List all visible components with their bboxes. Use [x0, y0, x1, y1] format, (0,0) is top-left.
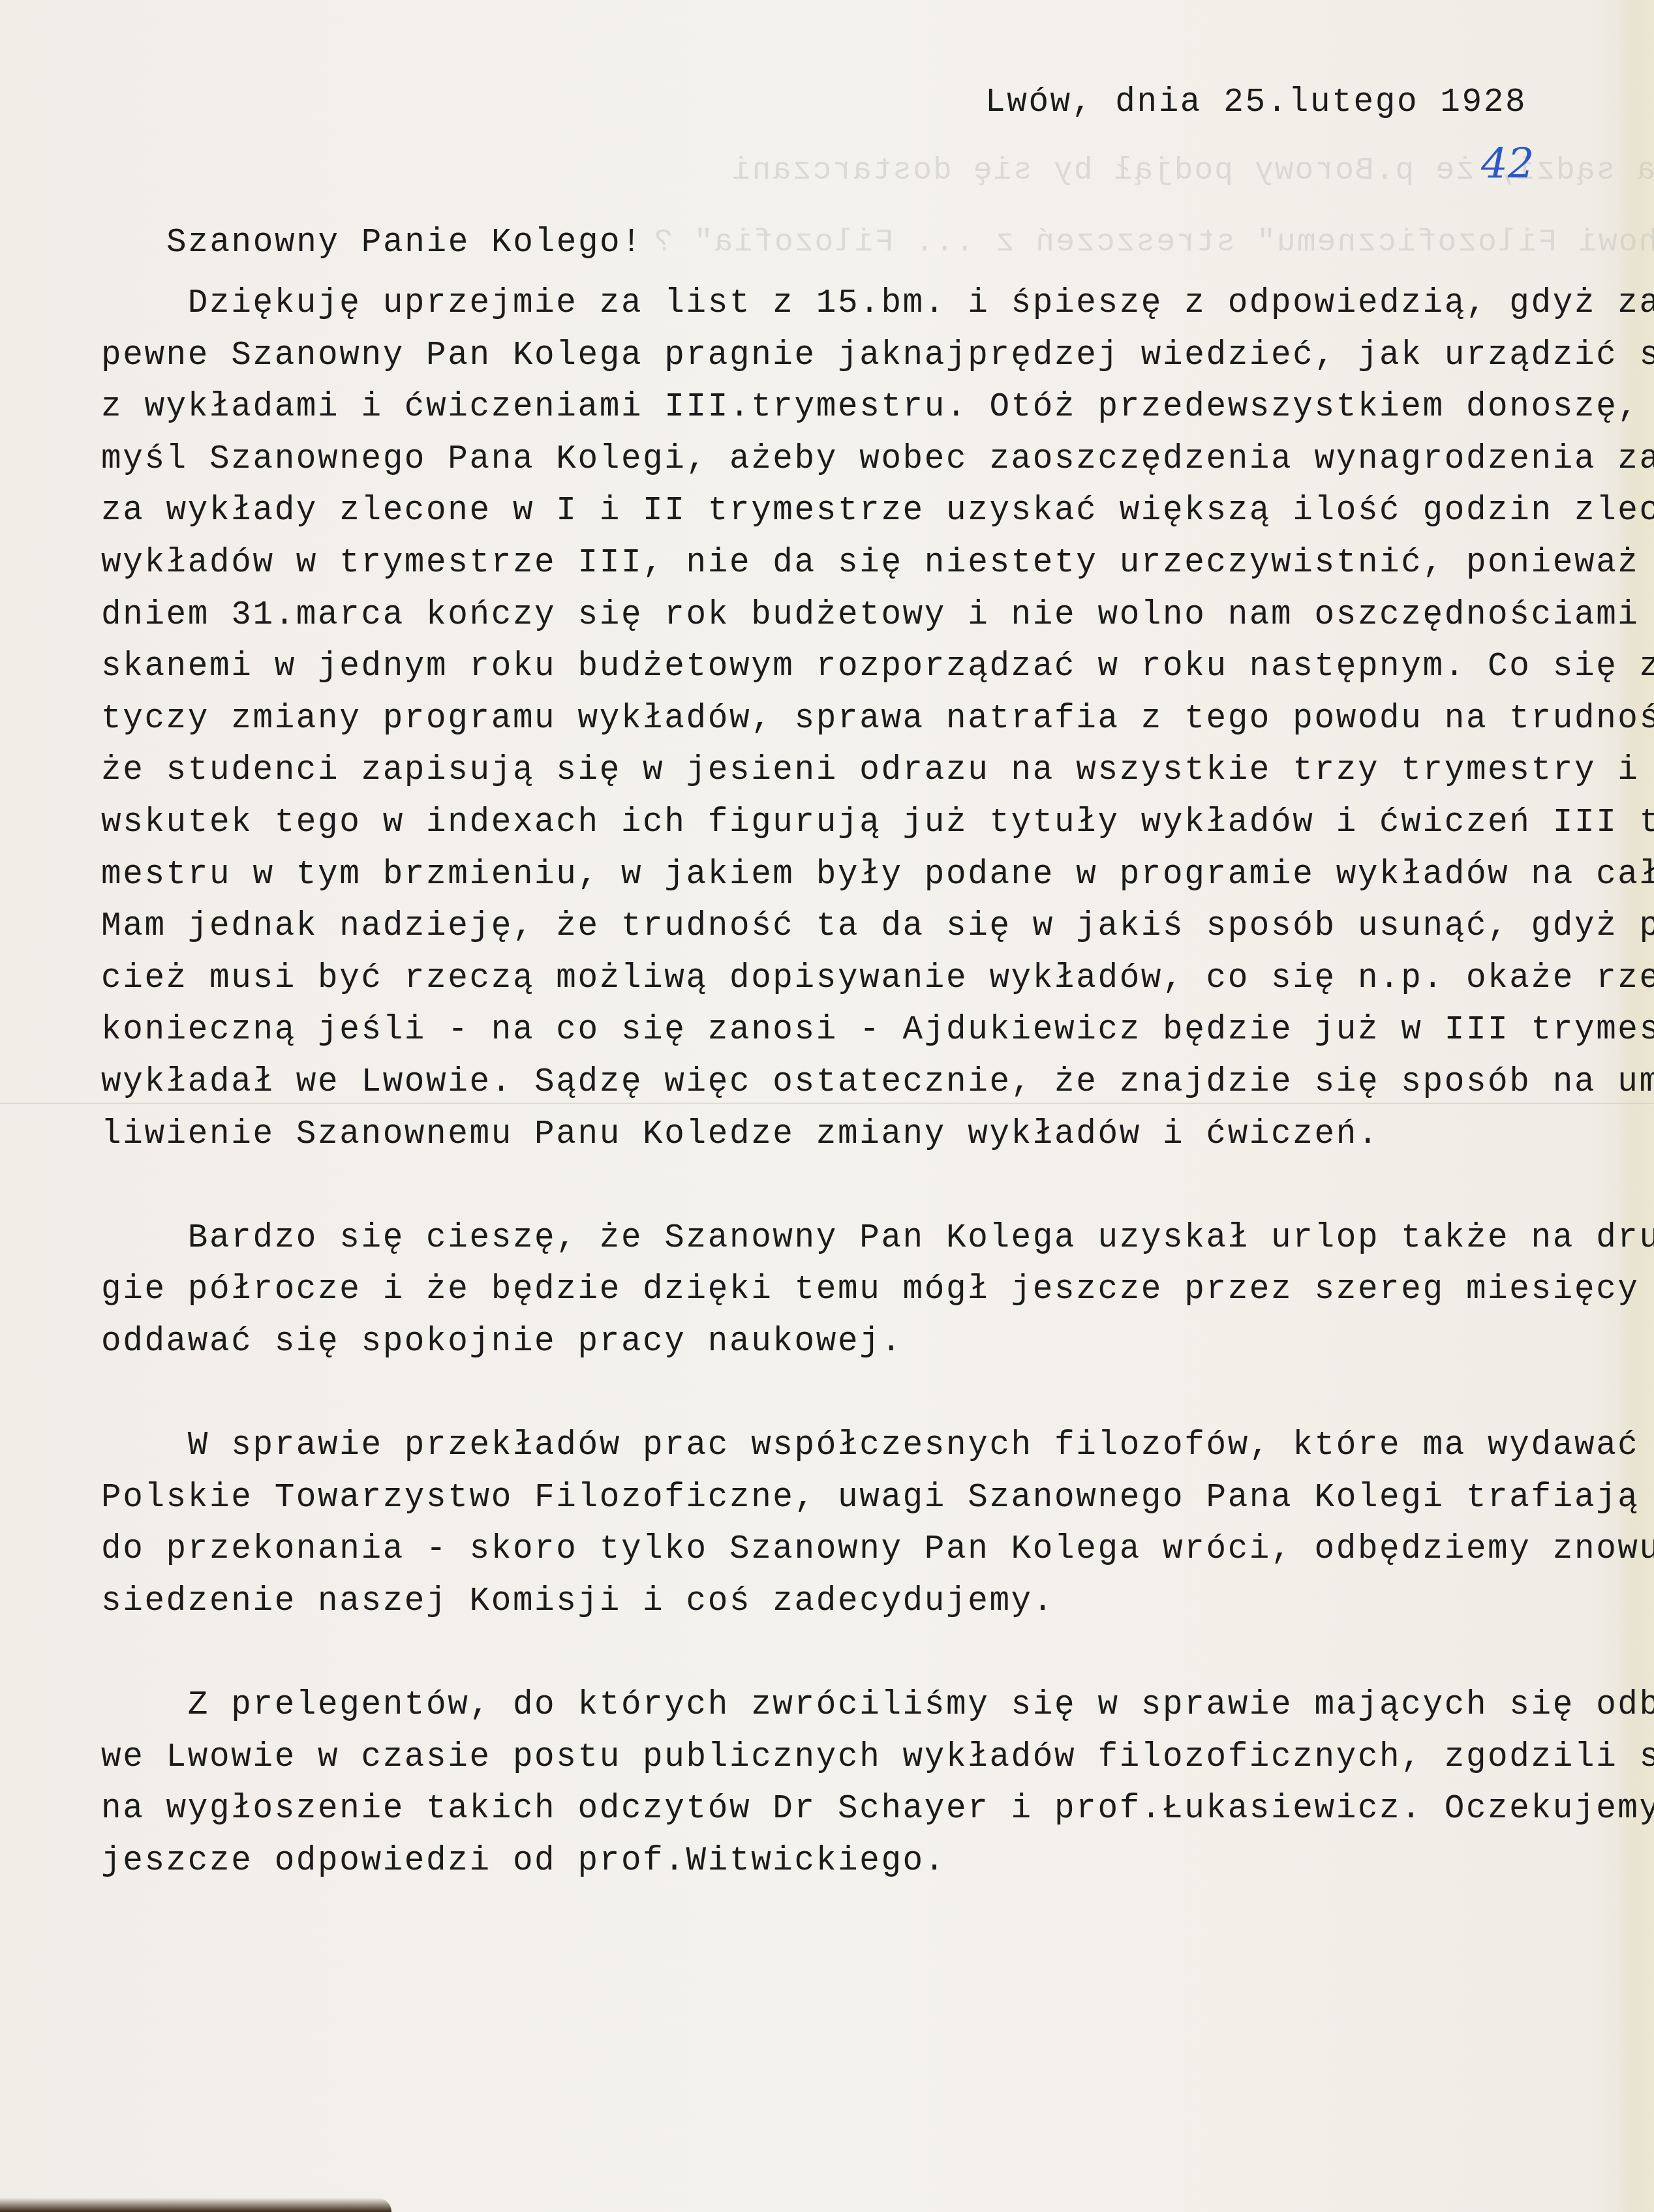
letter-line: Z prelegentów, do których zwróciliśmy si… [101, 1686, 1654, 1725]
letter-line: konieczną jeśli - na co się zanosi - Ajd… [101, 1011, 1654, 1050]
letter-line: W sprawie przekładów prac współczesnych … [101, 1427, 1640, 1466]
letter-line: na wygłoszenie takich odczytów Dr Schaye… [101, 1790, 1654, 1829]
letter-line: Mam jednak nadzieję, że trudność ta da s… [101, 907, 1654, 947]
bleed-through-line: "Ruchowi Filozoficznemu" streszczeń z ..… [652, 225, 1654, 260]
letter-line: z wykładami i ćwiczeniami III.trymestru.… [101, 388, 1654, 427]
letter-line: dniem 31.marca kończy się rok budżetowy … [101, 596, 1654, 635]
letter-line: Polskie Towarzystwo Filozoficzne, uwagi … [101, 1479, 1654, 1518]
letter-line: oddawać się spokojnie pracy naukowej. [101, 1323, 903, 1362]
letter-line: mestru w tym brzmieniu, w jakiem były po… [101, 856, 1654, 895]
letter-line: wykładał we Lwowie. Sądzę więc ostateczn… [101, 1063, 1654, 1102]
letter-line: skanemi w jednym roku budżetowym rozporz… [101, 648, 1654, 687]
paper-fold [0, 1102, 1654, 1104]
letter-line: że studenci zapisują się w jesieni odraz… [101, 751, 1654, 791]
paper-edge [1615, 0, 1654, 2212]
letter-line: we Lwowie w czasie postu publicznych wyk… [101, 1738, 1654, 1778]
letter-line: do przekonania - skoro tylko Szanowny Pa… [101, 1530, 1654, 1569]
letter-line: cież musi być rzeczą możliwą dopisywanie… [101, 960, 1654, 999]
letter-line: siedzenie naszej Komisji i coś zadecyduj… [101, 1583, 1054, 1622]
letter-line: gie półrocze i że będzie dzięki temu móg… [101, 1271, 1640, 1310]
letter-line: Dziękuję uprzejmie za list z 15.bm. i śp… [101, 284, 1654, 324]
salutation: Szanowny Panie Kolego! [166, 224, 643, 263]
place-date: Lwów, dnia 25.lutego 1928 [985, 83, 1527, 123]
letter-line: myśl Szanownego Pana Kolegi, ażeby wobec… [101, 440, 1654, 479]
letter-line: tyczy zmiany programu wykładów, sprawa n… [101, 700, 1654, 739]
folio-number: 42 [1481, 140, 1534, 189]
letter-line: wykładów w trymestrze III, nie da się ni… [101, 544, 1654, 583]
scan-shadow [0, 2198, 391, 2212]
letter-line: wskutek tego w indexach ich figurują już… [101, 804, 1654, 843]
letter-line: liwienie Szanownemu Panu Koledze zmiany … [101, 1115, 1379, 1155]
letter-line: Bardzo się cieszę, że Szanowny Pan Koleg… [101, 1219, 1654, 1258]
letter-line: pewne Szanowny Pan Kolega pragnie jaknaj… [101, 337, 1654, 376]
letter-line: za wykłady zlecone w I i II trymestrze u… [101, 492, 1654, 531]
letter-line: jeszcze odpowiedzi od prof.Witwickiego. [101, 1842, 946, 1881]
